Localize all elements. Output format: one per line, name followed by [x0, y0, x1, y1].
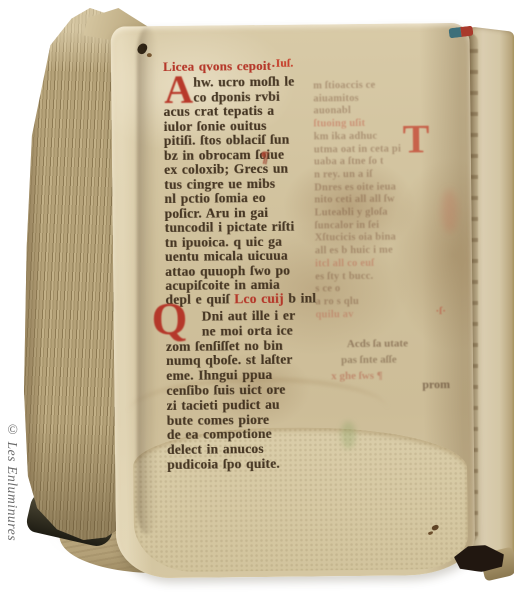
text-block-2: Dni aut ille i erne moi orta icezom ſenſ… [166, 308, 330, 472]
manuscript-text-line: cenſibo ſuis uict ore [166, 382, 328, 398]
left-page: Licea qvons cepoit·Iuſ. A hw. ucro moſh … [111, 23, 476, 579]
faded-fragment-red: x ghe ſws ¶ [331, 370, 383, 383]
manuscript-text-line: Dni aut ille i er [166, 308, 328, 324]
rubric-heading-superscript: Iuſ. [276, 58, 294, 70]
manuscript-text-line: zom ſenſiſſet no bin [166, 338, 328, 354]
faded-fragment: pas ſnte aſſe [341, 354, 397, 367]
book: Licea qvons cepoit·Iuſ. A hw. ucro moſh … [0, 0, 514, 600]
manuscript-text-line: pudicoia ſpo quite. [167, 456, 329, 472]
manuscript-text-line: ne moi orta ice [166, 323, 328, 339]
faded-fragment: prom [422, 377, 450, 392]
show-through-column: m ſtioaccis ceaiuamitosauonablſtuoing uſ… [313, 79, 468, 322]
manuscript-text-line: eme. Ihngui ppua [166, 367, 328, 383]
endband-red-thread [460, 26, 473, 37]
faded-initial-t: T [403, 119, 430, 159]
manuscript-photo: © Les Enluminures Licea qvons cepoit·Iuſ… [0, 0, 514, 600]
text-block-1: hw. ucro moſh leco dponis rvbiacus crat … [163, 74, 329, 293]
lection-rubric: Lco cuij [234, 291, 284, 307]
lection-rubric-line: depl e quiſ Lco cuij b inl [165, 290, 316, 308]
line-after-rubric: b inl [284, 290, 317, 305]
manuscript-text-line: zi tacieti pudict au [166, 397, 328, 413]
faded-fragment-red: ·ſ· [435, 305, 446, 317]
page-fold-crease [137, 28, 157, 534]
faded-fragment: Acds ſa utate [347, 337, 408, 350]
manuscript-text-line: numq qboſe. st laſter [166, 353, 328, 369]
manuscript-text-line: de ea compotione [167, 427, 329, 443]
manuscript-text-line: delect in anucos [167, 441, 329, 457]
manuscript-text-line: bute comes piore [167, 412, 329, 428]
